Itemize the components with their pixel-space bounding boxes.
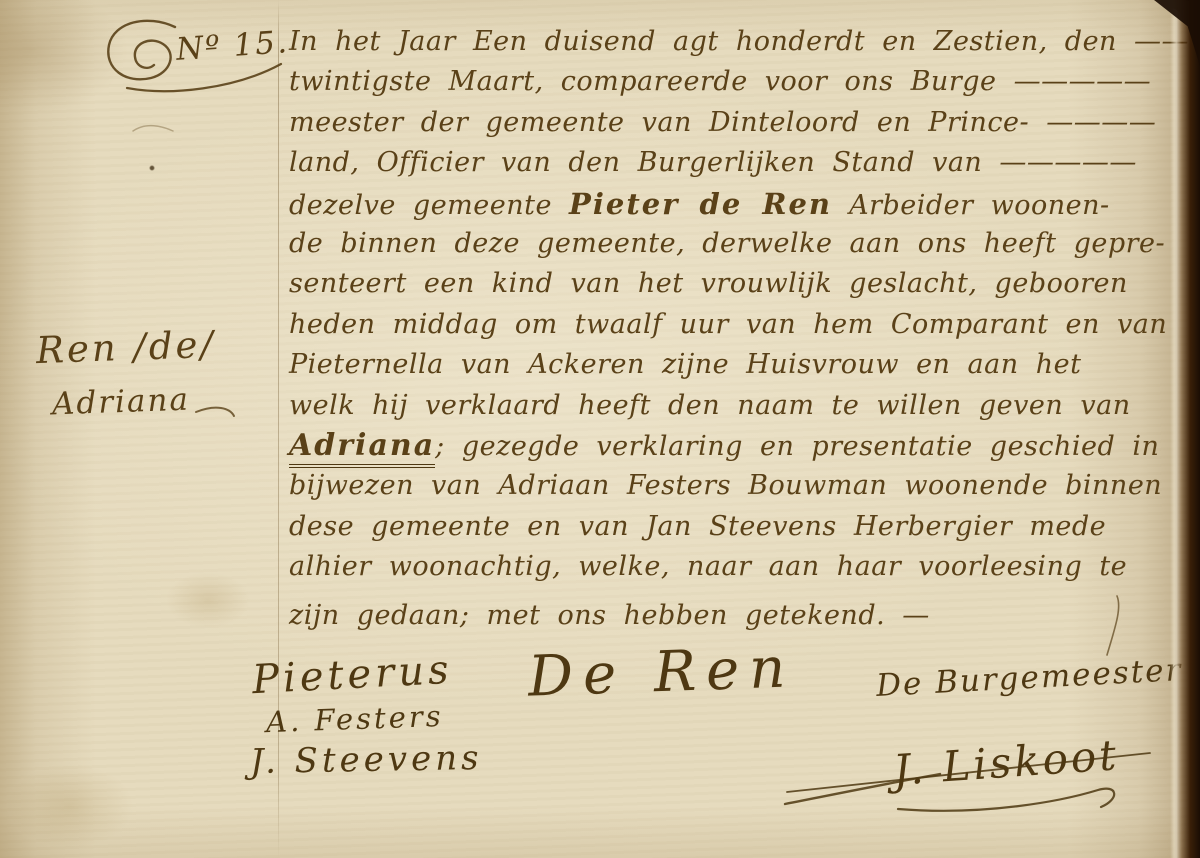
act-text-underline: Adriana bbox=[289, 428, 435, 468]
act-text-emphasis: Pieter de Ren bbox=[569, 187, 832, 221]
signature-witness-steevens: J. Steevens bbox=[250, 738, 483, 782]
act-text-line: Adriana; gezegde verklaring en presentat… bbox=[289, 426, 1184, 466]
act-text-line: bijwezen van Adriaan Festers Bouwman woo… bbox=[289, 466, 1184, 506]
act-text-line: In het Jaar Een duisend agt honderdt en … bbox=[289, 22, 1184, 62]
act-text-line: de binnen deze gemeente, derwelke aan on… bbox=[289, 224, 1184, 264]
act-text-line: dezelve gemeente Pieter de Ren Arbeider … bbox=[289, 184, 1184, 224]
signature-witness-festers: A. Festers bbox=[265, 699, 444, 739]
act-text-line: welk hij verklaard heeft den naam te wil… bbox=[289, 386, 1184, 426]
act-text-line: twintigste Maart, compareerde voor ons B… bbox=[289, 62, 1184, 102]
signature-comparant-surname: De Ren bbox=[527, 635, 796, 709]
act-text-line: alhier woonachtig, welke, naar aan haar … bbox=[289, 547, 1184, 587]
margin-index-firstname: Adriana bbox=[51, 382, 190, 423]
act-text-line: land, Officier van den Burgerlijken Stan… bbox=[289, 143, 1184, 183]
act-text-line: zijn gedaan; met ons hebben getekend. — bbox=[289, 596, 1184, 636]
act-text: In het Jaar Een duisend agt honderdt en … bbox=[289, 22, 1184, 637]
act-text-line: meester der gemeente van Dinteloord en P… bbox=[289, 103, 1184, 143]
act-text-line: heden middag om twaalf uur van hem Compa… bbox=[289, 305, 1184, 345]
document-scan: Nº 15. Ren /de/ Adriana In het Jaar Een … bbox=[0, 0, 1200, 858]
margin-index-surname: Ren /de/ bbox=[35, 323, 216, 372]
act-text-line: Pieternella van Ackeren zijne Huisvrouw … bbox=[289, 345, 1184, 385]
book-binding-edge bbox=[1174, 0, 1200, 858]
act-text-line: dese gemeente en van Jan Steevens Herber… bbox=[289, 507, 1184, 547]
act-text-line: senteert een kind van het vrouwlijk gesl… bbox=[289, 264, 1184, 304]
